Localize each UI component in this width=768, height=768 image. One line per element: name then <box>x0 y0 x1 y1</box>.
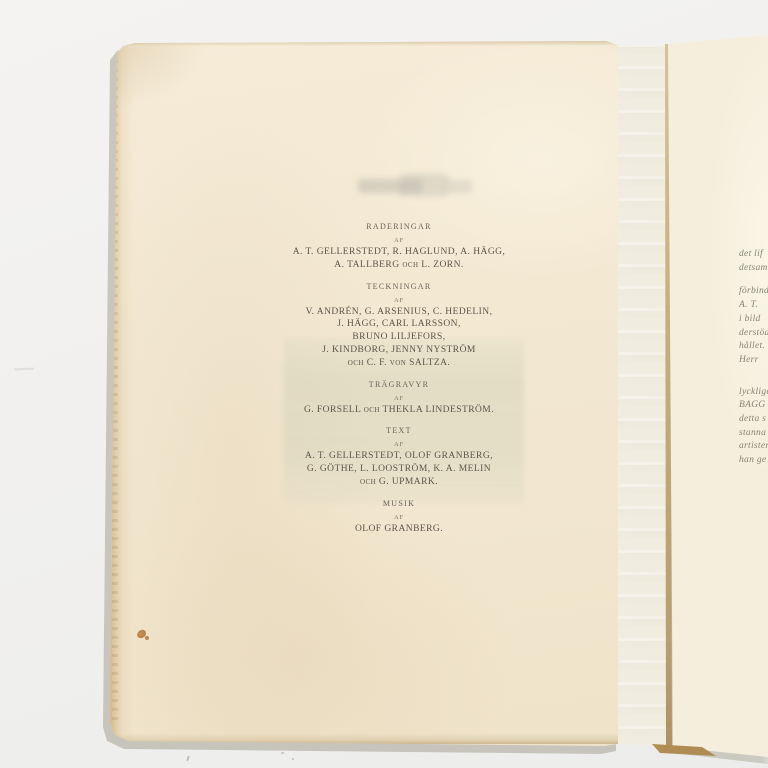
background-speck <box>281 752 284 754</box>
credit-line-names: A. TALLBERG och L. ZORN. <box>269 259 529 272</box>
credit-line-header: TECKNINGAR <box>269 279 529 295</box>
credits-block: RADERINGARAFA. T. GELLERSTEDT, R. HAGLUN… <box>269 219 529 536</box>
right-page-text-fragment: i bild <box>739 313 768 327</box>
right-page-text-fragment: BAGG <box>739 399 768 413</box>
credit-line-names: G. FORSELL och THEKLA LINDESTRÖM. <box>269 404 529 417</box>
showthrough-mark <box>446 180 472 193</box>
right-page-text-fragment: Herr <box>739 354 768 368</box>
credit-line-af: AF <box>269 393 529 404</box>
background-speck <box>14 368 34 371</box>
credit-line-header: TRÄGRAVYR <box>269 377 529 393</box>
title-showthrough <box>352 172 482 212</box>
foxing-spot <box>145 636 149 640</box>
credit-line-names: BRUNO LILJEFORS, <box>269 331 529 344</box>
right-page-text-fragment: lycklige <box>739 386 768 400</box>
right-page-paragraph: lyckligeBAGGdetta sstannaartisterhan ge <box>739 386 768 468</box>
right-page-text-fragment: han ge <box>739 454 768 468</box>
credit-line-af: AF <box>269 512 529 523</box>
credit-line-af: AF <box>269 295 529 306</box>
credit-line-names: J. HÄGG, CARL LARSSON, <box>269 318 529 331</box>
credit-line-names: A. T. GELLERSTEDT, R. HAGLUND, A. HÄGG, <box>269 246 529 259</box>
right-page-text-fragment: derstöd <box>739 327 768 341</box>
book-photograph: RADERINGARAFA. T. GELLERSTEDT, R. HAGLUN… <box>0 0 768 768</box>
credit-line-names: J. KINDBORG, JENNY NYSTRÖM <box>269 344 529 357</box>
credit-line-names: V. ANDRÉN, G. ARSENIUS, C. HEDELIN, <box>269 306 529 319</box>
corner-shading <box>110 40 260 160</box>
right-page-paragraph: förbindA. T.i bildderstödhållet.Herr <box>739 285 768 367</box>
credit-line-names: och C. F. von SALTZA. <box>269 357 529 370</box>
credit-line-names: och G. UPMARK. <box>269 476 529 489</box>
right-page-text-fragment: A. T. <box>739 299 768 313</box>
credit-line-names: OLOF GRANBERG. <box>269 523 529 536</box>
credit-line-header: TEXT <box>269 423 529 439</box>
background-speck <box>292 758 294 760</box>
credit-line-af: AF <box>269 235 529 246</box>
right-page-text-fragment: artister <box>739 440 768 454</box>
credit-line-names: A. T. GELLERSTEDT, OLOF GRANBERG, <box>269 450 529 463</box>
credit-line-names: G. GÖTHE, L. LOOSTRÖM, K. A. MELIN <box>269 463 529 476</box>
right-page-paragraph: det lifdetsam <box>739 248 768 275</box>
tissue-texture <box>618 44 668 746</box>
showthrough-mark <box>400 174 448 196</box>
right-page-text-fragment: hållet. <box>739 340 768 354</box>
right-page-text: det lifdetsamförbindA. T.i bildderstödhå… <box>739 248 768 468</box>
right-page-text-fragment: detta s <box>739 413 768 427</box>
right-page-text-fragment: detsam <box>739 262 768 276</box>
right-page-text-fragment: förbind <box>739 285 768 299</box>
right-page-text-fragment: stanna <box>739 427 768 441</box>
credit-line-header: RADERINGAR <box>269 219 529 235</box>
background-speck <box>186 756 189 761</box>
right-page-text-fragment: det lif <box>739 248 768 262</box>
credit-line-header: MUSIK <box>269 496 529 512</box>
credit-line-af: AF <box>269 439 529 450</box>
